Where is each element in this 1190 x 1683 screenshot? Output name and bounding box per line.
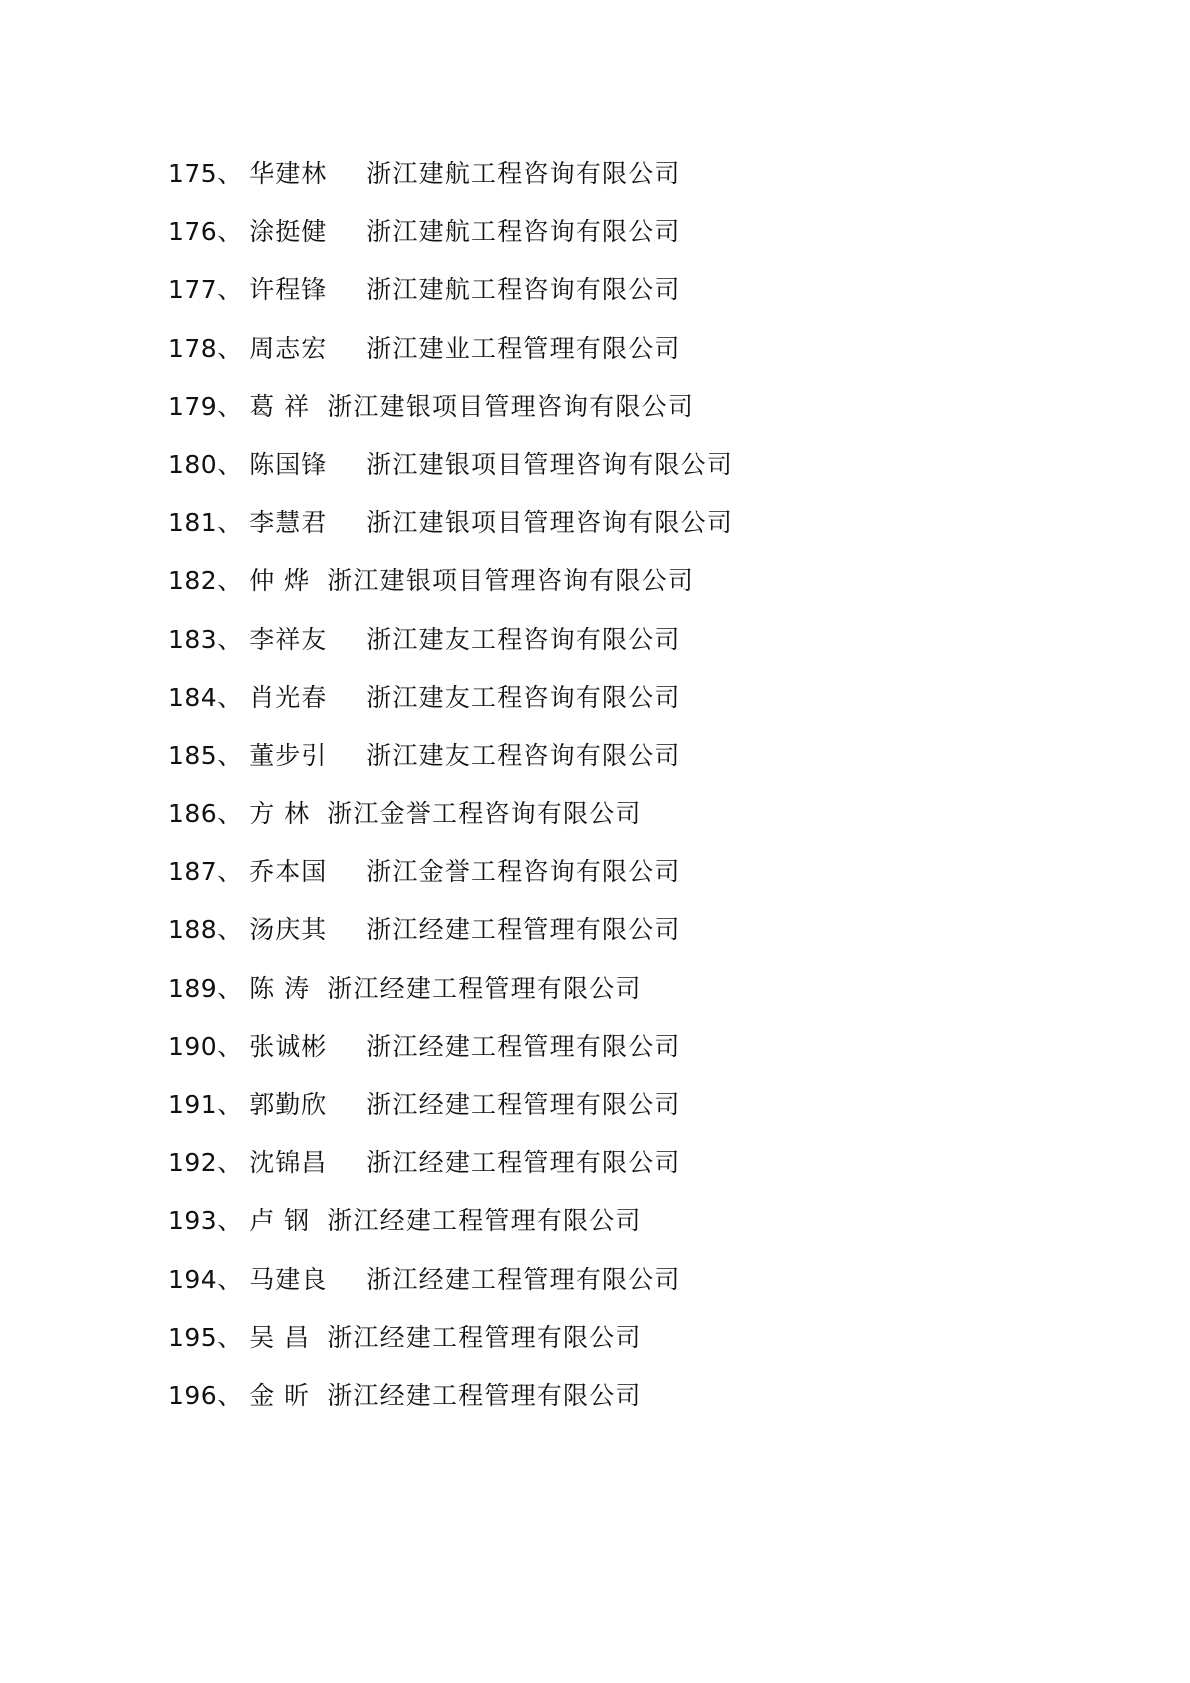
- company-name: 浙江经建工程管理有限公司: [366, 912, 680, 948]
- list-item: 180、陈国锋浙江建银项目管理咨询有限公司: [168, 447, 733, 505]
- entry-number: 194: [168, 1262, 217, 1298]
- person-name: 董步引: [249, 738, 366, 774]
- list-item: 182、仲 烨浙江建银项目管理咨询有限公司: [168, 563, 733, 621]
- enumeration-comma: 、: [217, 1378, 249, 1414]
- list-item: 194、马建良浙江经建工程管理有限公司: [168, 1262, 733, 1320]
- list-item: 183、李祥友浙江建友工程咨询有限公司: [168, 622, 733, 680]
- person-name: 沈锦昌: [249, 1145, 366, 1181]
- enumeration-comma: 、: [217, 971, 249, 1007]
- enumeration-comma: 、: [217, 505, 249, 541]
- person-name: 卢 钢: [249, 1203, 327, 1239]
- person-name: 汤庆其: [249, 912, 366, 948]
- company-name: 浙江建业工程管理有限公司: [366, 331, 680, 367]
- company-name: 浙江建友工程咨询有限公司: [366, 622, 680, 658]
- company-name: 浙江经建工程管理有限公司: [366, 1262, 680, 1298]
- person-name: 张诚彬: [249, 1029, 366, 1065]
- company-name: 浙江建银项目管理咨询有限公司: [327, 389, 694, 425]
- entry-number: 183: [168, 622, 217, 658]
- enumeration-comma: 、: [217, 331, 249, 367]
- entry-number: 178: [168, 331, 217, 367]
- person-name: 郭勤欣: [249, 1087, 366, 1123]
- person-name: 方 林: [249, 796, 327, 832]
- entry-number: 188: [168, 912, 217, 948]
- person-name: 仲 烨: [249, 563, 327, 599]
- entry-number: 192: [168, 1145, 217, 1181]
- company-name: 浙江金誉工程咨询有限公司: [366, 854, 680, 890]
- person-name: 葛 祥: [249, 389, 327, 425]
- list-item: 178、周志宏浙江建业工程管理有限公司: [168, 331, 733, 389]
- entry-number: 177: [168, 272, 217, 308]
- list-item: 176、涂挺健浙江建航工程咨询有限公司: [168, 214, 733, 272]
- enumeration-comma: 、: [217, 1262, 249, 1298]
- enumeration-comma: 、: [217, 680, 249, 716]
- list-item: 189、陈 涛浙江经建工程管理有限公司: [168, 971, 733, 1029]
- entry-number: 189: [168, 971, 217, 1007]
- entry-number: 182: [168, 563, 217, 599]
- enumeration-comma: 、: [217, 1029, 249, 1065]
- company-name: 浙江经建工程管理有限公司: [327, 1378, 641, 1414]
- person-name: 许程锋: [249, 272, 366, 308]
- person-name: 李祥友: [249, 622, 366, 658]
- entry-number: 196: [168, 1378, 217, 1414]
- company-name: 浙江经建工程管理有限公司: [366, 1145, 680, 1181]
- list-item: 184、肖光春浙江建友工程咨询有限公司: [168, 680, 733, 738]
- name-list: 175、华建林浙江建航工程咨询有限公司 176、涂挺健浙江建航工程咨询有限公司 …: [168, 156, 733, 1436]
- enumeration-comma: 、: [217, 214, 249, 250]
- list-item: 187、乔本国浙江金誉工程咨询有限公司: [168, 854, 733, 912]
- entry-number: 191: [168, 1087, 217, 1123]
- company-name: 浙江建友工程咨询有限公司: [366, 680, 680, 716]
- list-item: 195、吴 昌浙江经建工程管理有限公司: [168, 1320, 733, 1378]
- enumeration-comma: 、: [217, 1087, 249, 1123]
- company-name: 浙江经建工程管理有限公司: [366, 1029, 680, 1065]
- enumeration-comma: 、: [217, 563, 249, 599]
- entry-number: 187: [168, 854, 217, 890]
- entry-number: 186: [168, 796, 217, 832]
- enumeration-comma: 、: [217, 1320, 249, 1356]
- company-name: 浙江建航工程咨询有限公司: [366, 272, 680, 308]
- person-name: 金 昕: [249, 1378, 327, 1414]
- list-item: 188、汤庆其浙江经建工程管理有限公司: [168, 912, 733, 970]
- list-item: 175、华建林浙江建航工程咨询有限公司: [168, 156, 733, 214]
- entry-number: 184: [168, 680, 217, 716]
- entry-number: 195: [168, 1320, 217, 1356]
- person-name: 马建良: [249, 1262, 366, 1298]
- person-name: 涂挺健: [249, 214, 366, 250]
- entry-number: 175: [168, 156, 217, 192]
- company-name: 浙江经建工程管理有限公司: [327, 1320, 641, 1356]
- list-item: 191、郭勤欣浙江经建工程管理有限公司: [168, 1087, 733, 1145]
- company-name: 浙江经建工程管理有限公司: [366, 1087, 680, 1123]
- company-name: 浙江经建工程管理有限公司: [327, 1203, 641, 1239]
- enumeration-comma: 、: [217, 796, 249, 832]
- company-name: 浙江建友工程咨询有限公司: [366, 738, 680, 774]
- enumeration-comma: 、: [217, 447, 249, 483]
- person-name: 吴 昌: [249, 1320, 327, 1356]
- list-item: 177、许程锋浙江建航工程咨询有限公司: [168, 272, 733, 330]
- enumeration-comma: 、: [217, 389, 249, 425]
- company-name: 浙江建航工程咨询有限公司: [366, 214, 680, 250]
- person-name: 陈国锋: [249, 447, 366, 483]
- entry-number: 185: [168, 738, 217, 774]
- enumeration-comma: 、: [217, 738, 249, 774]
- person-name: 华建林: [249, 156, 366, 192]
- list-item: 193、卢 钢浙江经建工程管理有限公司: [168, 1203, 733, 1261]
- company-name: 浙江建银项目管理咨询有限公司: [327, 563, 694, 599]
- list-item: 196、金 昕浙江经建工程管理有限公司: [168, 1378, 733, 1436]
- enumeration-comma: 、: [217, 272, 249, 308]
- enumeration-comma: 、: [217, 622, 249, 658]
- document-page: 175、华建林浙江建航工程咨询有限公司 176、涂挺健浙江建航工程咨询有限公司 …: [0, 0, 1190, 1683]
- entry-number: 176: [168, 214, 217, 250]
- person-name: 周志宏: [249, 331, 366, 367]
- list-item: 186、方 林浙江金誉工程咨询有限公司: [168, 796, 733, 854]
- list-item: 192、沈锦昌浙江经建工程管理有限公司: [168, 1145, 733, 1203]
- enumeration-comma: 、: [217, 912, 249, 948]
- entry-number: 181: [168, 505, 217, 541]
- person-name: 肖光春: [249, 680, 366, 716]
- enumeration-comma: 、: [217, 1145, 249, 1181]
- entry-number: 193: [168, 1203, 217, 1239]
- list-item: 181、李慧君浙江建银项目管理咨询有限公司: [168, 505, 733, 563]
- list-item: 179、葛 祥浙江建银项目管理咨询有限公司: [168, 389, 733, 447]
- company-name: 浙江建航工程咨询有限公司: [366, 156, 680, 192]
- company-name: 浙江经建工程管理有限公司: [327, 971, 641, 1007]
- entry-number: 190: [168, 1029, 217, 1065]
- entry-number: 179: [168, 389, 217, 425]
- company-name: 浙江建银项目管理咨询有限公司: [366, 505, 733, 541]
- list-item: 190、张诚彬浙江经建工程管理有限公司: [168, 1029, 733, 1087]
- company-name: 浙江金誉工程咨询有限公司: [327, 796, 641, 832]
- list-item: 185、董步引浙江建友工程咨询有限公司: [168, 738, 733, 796]
- enumeration-comma: 、: [217, 156, 249, 192]
- enumeration-comma: 、: [217, 1203, 249, 1239]
- entry-number: 180: [168, 447, 217, 483]
- enumeration-comma: 、: [217, 854, 249, 890]
- person-name: 李慧君: [249, 505, 366, 541]
- person-name: 陈 涛: [249, 971, 327, 1007]
- person-name: 乔本国: [249, 854, 366, 890]
- company-name: 浙江建银项目管理咨询有限公司: [366, 447, 733, 483]
